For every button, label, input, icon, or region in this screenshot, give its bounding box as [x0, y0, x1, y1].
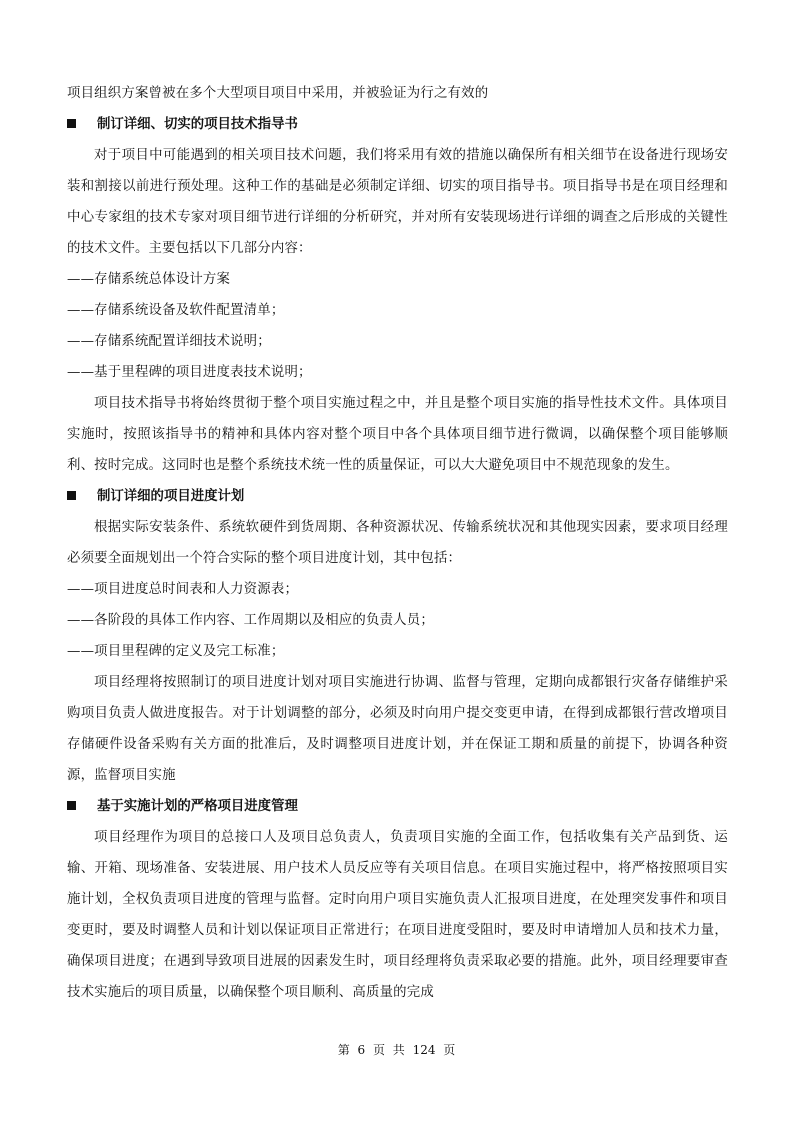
page-footer: 第 6 页 共 124 页	[0, 1041, 793, 1058]
list-item: ——项目里程碑的定义及完工标准；	[67, 636, 728, 667]
section-2-paragraph-1: 根据实际安装条件、系统软硬件到货周期、各种资源状况、传输系统状况和其他现实因素，…	[67, 512, 728, 574]
section-1-paragraph-2: 项目技术指导书将始终贯彻于整个项目实施过程之中，并且是整个项目实施的指导性技术文…	[67, 388, 728, 481]
section-heading-2: 制订详细的项目进度计划	[67, 481, 728, 512]
list-item: ——基于里程碑的项目进度表技术说明；	[67, 357, 728, 388]
square-bullet-icon	[67, 491, 76, 500]
list-item: ——各阶段的具体工作内容、工作周期以及相应的负责人员；	[67, 605, 728, 636]
list-item: ——存储系统总体设计方案	[67, 264, 728, 295]
list-item: ——存储系统配置详细技术说明；	[67, 326, 728, 357]
section-3-paragraph-1: 项目经理作为项目的总接口人及项目总负责人，负责项目实施的全面工作，包括收集有关产…	[67, 822, 728, 1008]
section-1-paragraph-1: 对于项目中可能遇到的相关项目技术问题，我们将采用有效的措施以确保所有相关细节在设…	[67, 140, 728, 264]
square-bullet-icon	[67, 119, 76, 128]
square-bullet-icon	[67, 801, 76, 810]
intro-line: 项目组织方案曾被在多个大型项目项目中采用，并被验证为行之有效的	[67, 78, 728, 109]
list-item: ——项目进度总时间表和人力资源表；	[67, 574, 728, 605]
document-page: 项目组织方案曾被在多个大型项目项目中采用，并被验证为行之有效的 制订详细、切实的…	[67, 78, 728, 1008]
section-heading-1: 制订详细、切实的项目技术指导书	[67, 109, 728, 140]
section-2-paragraph-2: 项目经理将按照制订的项目进度计划对项目实施进行协调、监督与管理，定期向成都银行灾…	[67, 667, 728, 791]
section-heading-3: 基于实施计划的严格项目进度管理	[67, 791, 728, 822]
list-item: ——存储系统设备及软件配置清单；	[67, 295, 728, 326]
